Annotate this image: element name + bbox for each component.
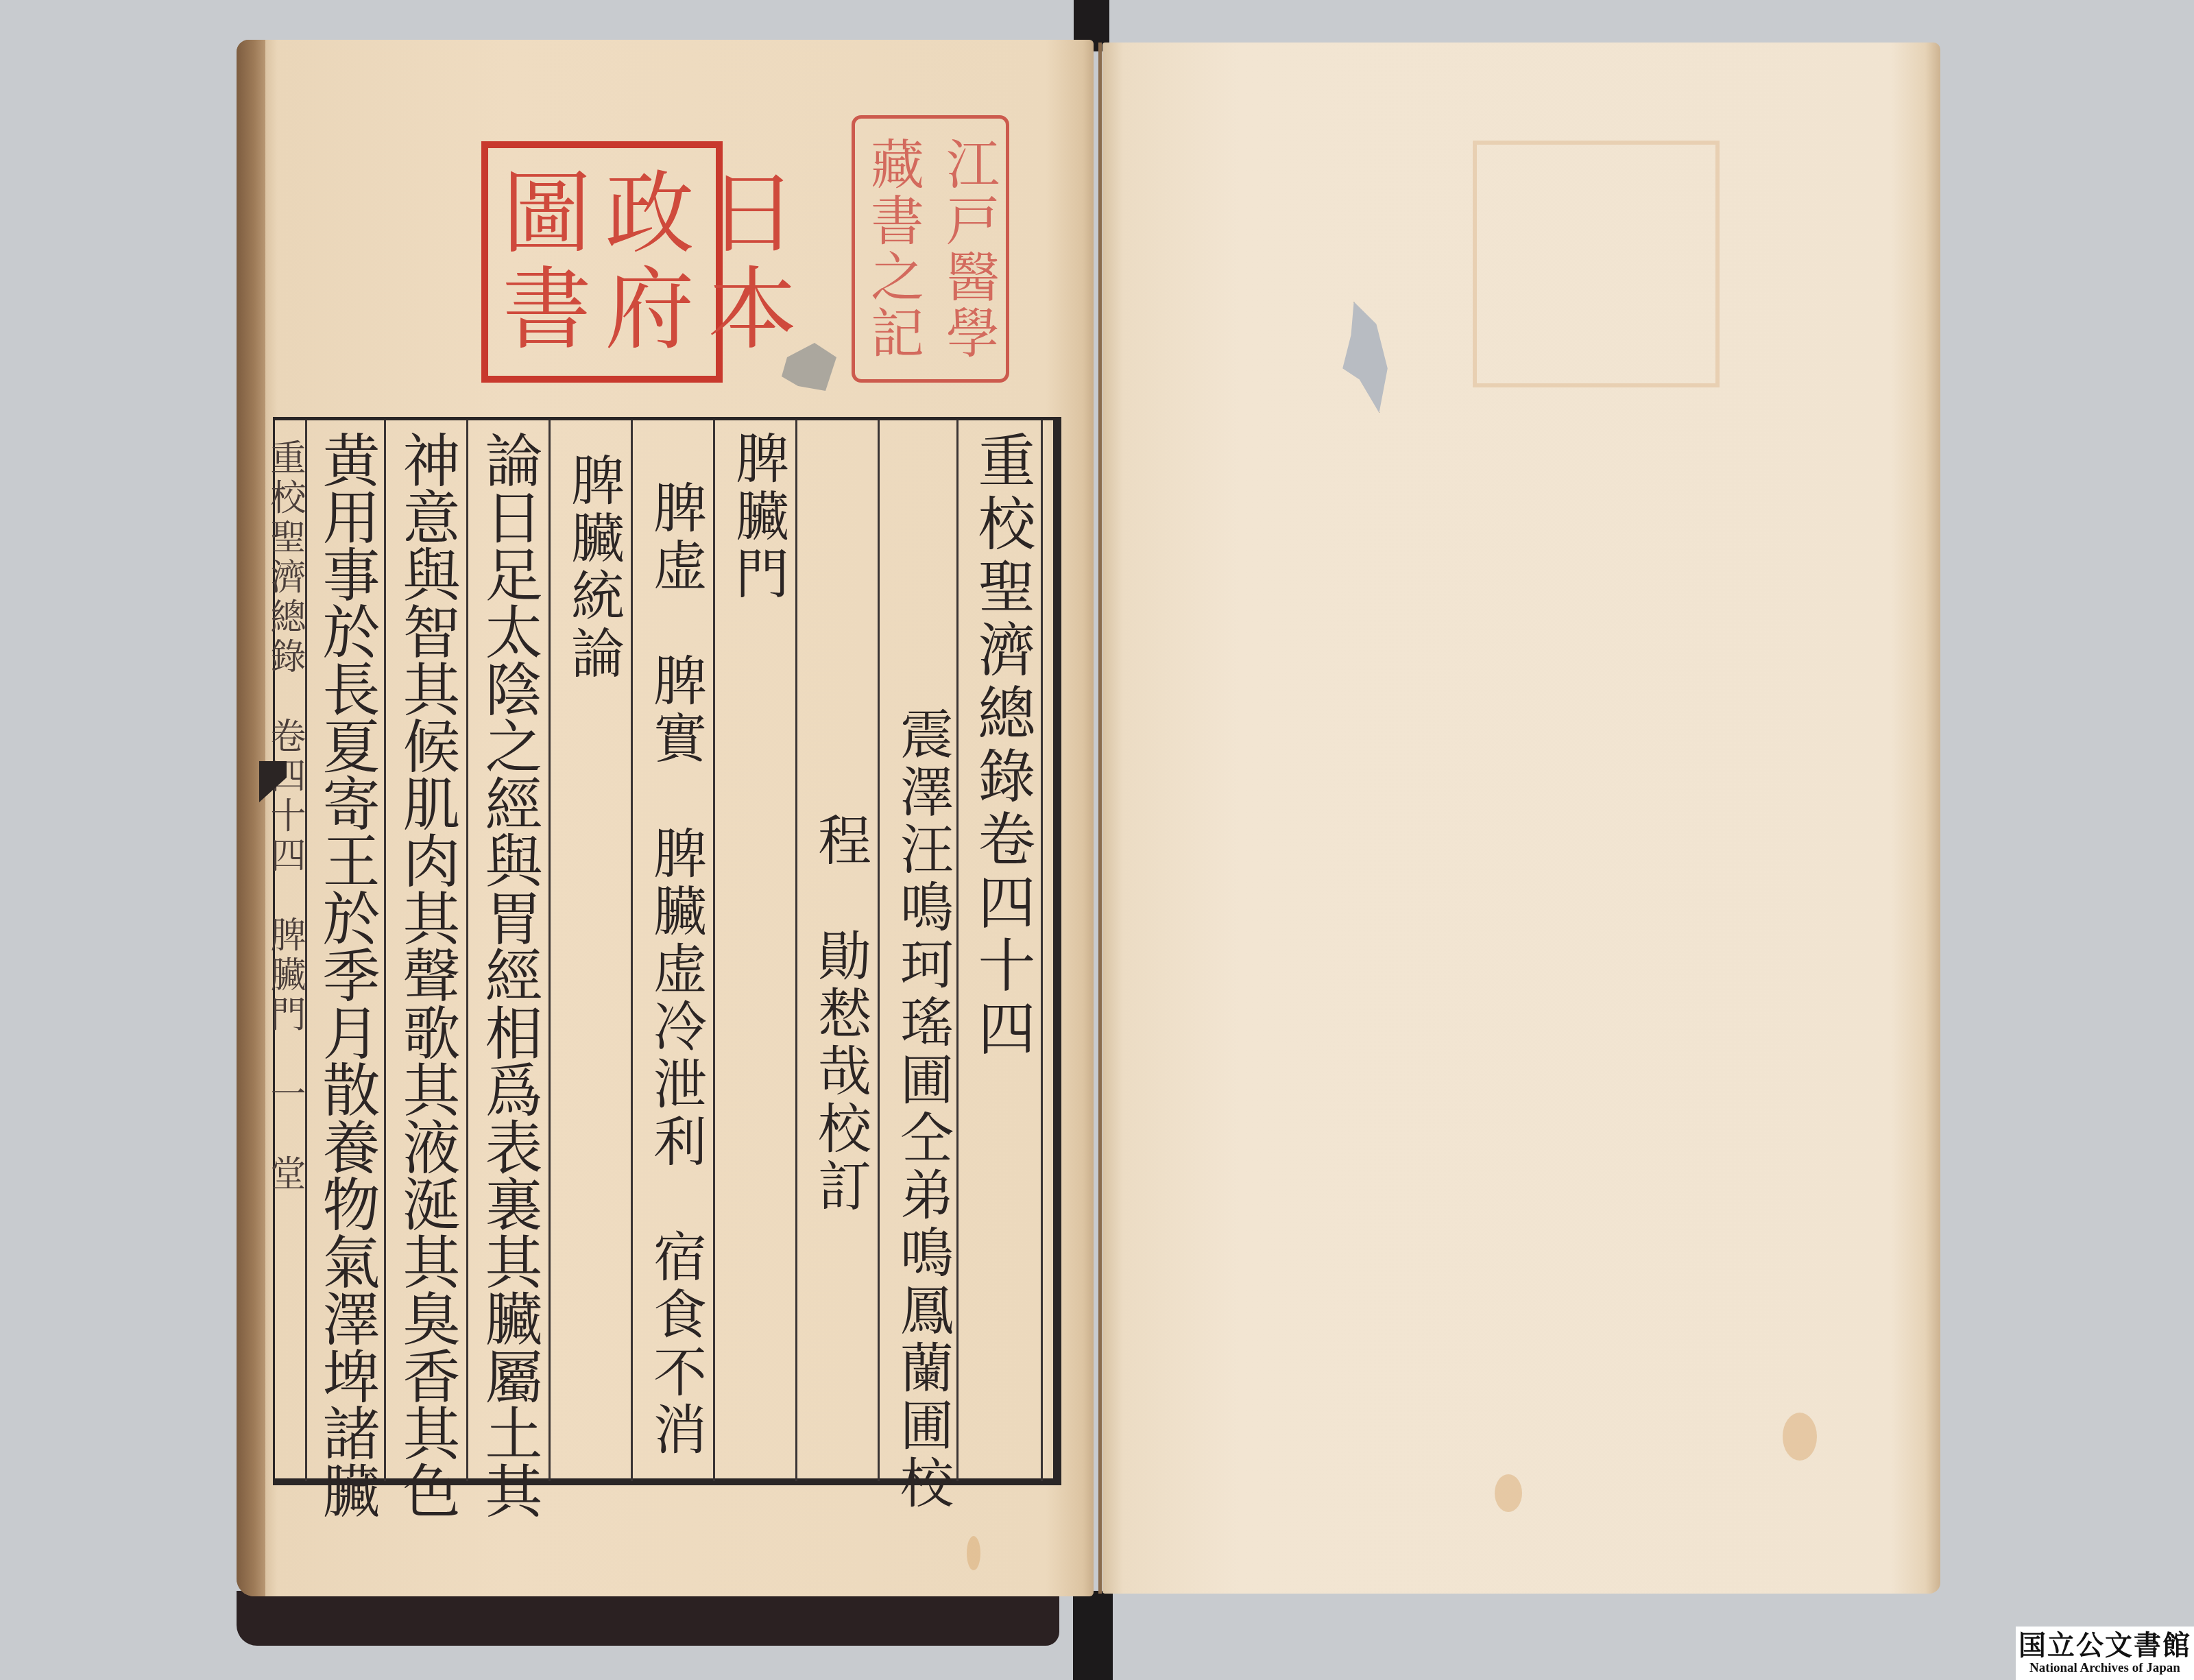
volume-title: 重校聖濟總錄卷四十四 [968, 431, 1037, 1061]
foxing-stain [1783, 1413, 1817, 1461]
column-rule [548, 420, 551, 1481]
column-rule [1041, 420, 1043, 1481]
column-rule [631, 420, 633, 1481]
seal-column: 政府 [591, 166, 694, 358]
seal-offset-ghost [1473, 141, 1720, 387]
foxing-stain [1495, 1474, 1522, 1512]
editor-credit-wang: 震澤汪鳴珂瑤圃仝弟鳴鳳蘭圃校 [888, 706, 956, 1513]
body-text-line: 神意與智其候肌肉其聲歌其液涎其臭香其色 [394, 431, 460, 1519]
column-rule [466, 420, 468, 1481]
column-rule [384, 420, 386, 1481]
archive-watermark: 国立公文書館 National Archives of Japan [2016, 1627, 2194, 1680]
seal-column: 圖書 [488, 166, 591, 358]
book-shadow [237, 1591, 1059, 1646]
topic-heading: 脾臟統論 [559, 453, 627, 683]
subtopic-list: 脾虚 脾實 脾臟虚冷泄利 宿食不消 [641, 480, 710, 1459]
seal-column: 江戸醫學 [935, 136, 1001, 361]
book-spine-fold [1098, 43, 1102, 1594]
watermark-english: National Archives of Japan [2029, 1661, 2180, 1676]
gutter-banxin-text: 重校聖濟總錄 卷四十四 脾臟門 一 堂 [259, 439, 311, 1195]
body-text-line: 論日足太陰之經與胃經相爲表裏其臟屬土其 [477, 431, 542, 1519]
seal-nihon-seifu-tosho: 日本 政府 圖書 [481, 141, 723, 383]
foxing-stain [967, 1536, 980, 1570]
section-heading-spleen: 脾臟門 [723, 431, 792, 603]
body-text-line: 黄用事於長夏寄王於季月散養物氣澤埤諸臟 [314, 431, 380, 1519]
column-rule [956, 420, 959, 1481]
column-rule [878, 420, 880, 1481]
watermark-japanese: 国立公文書館 [2018, 1631, 2191, 1661]
seal-edo-igaku-zosho: 江戸醫學 藏書之記 [852, 115, 1009, 383]
seal-column: 藏書之記 [860, 136, 926, 361]
seal-column: 日本 [694, 166, 797, 358]
bookmark-ribbon-bottom [1073, 1591, 1113, 1680]
column-rule [713, 420, 715, 1481]
editor-credit-cheng: 程 勛慭哉校訂 [806, 813, 874, 1216]
column-rule [795, 420, 797, 1481]
